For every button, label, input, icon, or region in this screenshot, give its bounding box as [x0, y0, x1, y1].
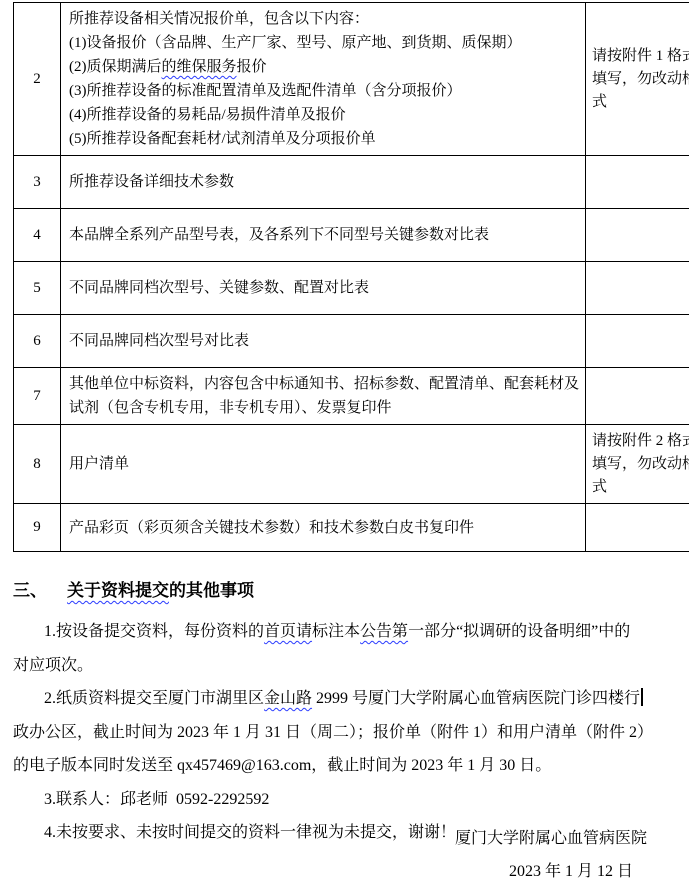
signature-block: 厦门大学附属心血管病医院 2023 年 1 月 12 日	[455, 822, 675, 888]
misspelled-text: 公告第	[360, 623, 408, 640]
row-content-cell: 所推荐设备详细技术参数	[61, 156, 586, 209]
section-title: 关于资料提交的其他事项	[67, 581, 254, 600]
table-row: 8用户清单请按附件 2 格式填写，勿改动格式	[14, 425, 689, 504]
paragraph-line: 的电子版本同时发送至 qx457469@163.com，截止时间为 2023 年…	[13, 749, 675, 783]
row-note-cell	[586, 368, 689, 425]
text-run: 用户清单	[69, 456, 129, 472]
text-run: 其他单位中标资料，内容包含中标通知书、招标参数、配置清单、配套耗材及试剂（包含专…	[69, 376, 579, 416]
row-note-cell	[586, 262, 689, 315]
paragraph-line: 1.按设备提交资料，每份资料的首页请标注本公告第一部分“拟调研的设备明细”中的	[13, 615, 675, 649]
text-run: (3)所推荐设备的标准配置清单及选配件清单（含分项报价）	[69, 83, 462, 99]
text-run: 3.联系人：邱老师 0592-2292592	[44, 791, 269, 808]
section-number: 三、	[13, 579, 67, 603]
submission-materials-table: 2所推荐设备相关情况报价单，包含以下内容：(1)设备报价（含品牌、生产厂家、型号…	[13, 2, 689, 552]
row-number-cell: 6	[14, 315, 61, 368]
row-content-cell: 不同品牌同档次型号、关键参数、配置对比表	[61, 262, 586, 315]
content-line: (5)所推荐设备配套耗材/试剂清单及分项报价单	[69, 127, 579, 151]
content-line: 所推荐设备详细技术参数	[69, 170, 579, 194]
content-line: 其他单位中标资料，内容包含中标通知书、招标参数、配置清单、配套耗材及试剂（包含专…	[69, 372, 579, 420]
row-content-cell: 用户清单	[61, 425, 586, 504]
table-row: 3所推荐设备详细技术参数	[14, 156, 689, 209]
table-row: 7其他单位中标资料，内容包含中标通知书、招标参数、配置清单、配套耗材及试剂（包含…	[14, 368, 689, 425]
text-run: 1.按设备提交资料，每份资料的	[44, 623, 264, 640]
text-run: 的电子版本同时发送至 qx457469@163.com，截止时间为 2023 年…	[13, 757, 551, 774]
other-notes: 1.按设备提交资料，每份资料的首页请标注本公告第一部分“拟调研的设备明细”中的对…	[13, 615, 675, 850]
text-run: (4)所推荐设备的易耗品/易损件清单及报价	[69, 107, 346, 123]
row-number-cell: 3	[14, 156, 61, 209]
row-note-cell	[586, 504, 689, 552]
content-line: (4)所推荐设备的易耗品/易损件清单及报价	[69, 103, 579, 127]
content-line: (1)设备报价（含品牌、生产厂家、型号、原产地、到货期、质保期）	[69, 31, 579, 55]
table-row: 9产品彩页（彩页须含关键技术参数）和技术参数白皮书复印件	[14, 504, 689, 552]
text-run: 所推荐设备详细技术参数	[69, 174, 234, 190]
text-run: 产品彩页（彩页须含关键技术参数）和技术参数白皮书复印件	[69, 520, 474, 536]
text-run: 所推荐设备相关情况报价单，包含以下内容：	[69, 11, 369, 27]
content-line: 用户清单	[69, 452, 579, 476]
row-number-cell: 7	[14, 368, 61, 425]
paragraph-line: 对应项次。	[13, 649, 675, 683]
row-note-cell	[586, 156, 689, 209]
text-run: 一部分“拟调研的设备明细”中的	[408, 623, 630, 640]
text-run: 2.纸质资料提交至厦门市湖里区	[44, 690, 264, 707]
paragraph-line: 3.联系人：邱老师 0592-2292592	[13, 783, 675, 817]
row-content-cell: 本品牌全系列产品型号表，及各系列下不同型号关键参数对比表	[61, 209, 586, 262]
misspelled-text: 的维保服务	[162, 59, 237, 75]
text-run: 本品牌全系列产品型号表，及各系列下不同型号关键参数对比表	[69, 227, 489, 243]
submission-table-body: 2所推荐设备相关情况报价单，包含以下内容：(1)设备报价（含品牌、生产厂家、型号…	[14, 3, 689, 552]
paragraph-line: 2.纸质资料提交至厦门市湖里区金山路 2999 号厦门大学附属心血管病医院门诊四…	[13, 682, 675, 716]
table-row: 6不同品牌同档次型号对比表	[14, 315, 689, 368]
row-number-cell: 5	[14, 262, 61, 315]
table-row: 5不同品牌同档次型号、关键参数、配置对比表	[14, 262, 689, 315]
text-run: 不同品牌同档次型号、关键参数、配置对比表	[69, 280, 369, 296]
row-note-cell	[586, 209, 689, 262]
text-run: 2999 号厦门大学附属心血管病医院门诊四楼行	[312, 690, 640, 707]
content-line: 产品彩页（彩页须含关键技术参数）和技术参数白皮书复印件	[69, 516, 579, 540]
text-run: (5)所推荐设备配套耗材/试剂清单及分项报价单	[69, 131, 376, 147]
row-content-cell: 其他单位中标资料，内容包含中标通知书、招标参数、配置清单、配套耗材及试剂（包含专…	[61, 368, 586, 425]
content-line: 本品牌全系列产品型号表，及各系列下不同型号关键参数对比表	[69, 223, 579, 247]
row-number-cell: 4	[14, 209, 61, 262]
text-run: 不同品牌同档次型号对比表	[69, 333, 249, 349]
row-number-cell: 2	[14, 3, 61, 156]
row-content-cell: 产品彩页（彩页须含关键技术参数）和技术参数白皮书复印件	[61, 504, 586, 552]
text-run: 标注本	[312, 623, 360, 640]
text-run: 对应项次。	[13, 657, 93, 674]
misspelled-text: 金山路	[264, 690, 312, 707]
section-heading: 三、关于资料提交的其他事项	[13, 579, 675, 603]
signature-org: 厦门大学附属心血管病医院	[455, 822, 675, 855]
table-row: 4本品牌全系列产品型号表，及各系列下不同型号关键参数对比表	[14, 209, 689, 262]
content-line: (3)所推荐设备的标准配置清单及选配件清单（含分项报价）	[69, 79, 579, 103]
row-note-cell: 请按附件 1 格式填写，勿改动格式	[586, 3, 689, 156]
signature-date: 2023 年 1 月 12 日	[455, 855, 675, 888]
document-page: 2所推荐设备相关情况报价单，包含以下内容：(1)设备报价（含品牌、生产厂家、型号…	[0, 0, 689, 896]
misspelled-text: 关于资料提交	[67, 581, 169, 600]
text-run: 的其他事项	[169, 581, 254, 600]
text-run: (2)质保期满后	[69, 59, 162, 75]
text-cursor	[641, 688, 643, 706]
row-note-cell: 请按附件 2 格式填写，勿改动格式	[586, 425, 689, 504]
content-line: 所推荐设备相关情况报价单，包含以下内容：	[69, 7, 579, 31]
text-run: 4.未按要求、未按时间提交的资料一律视为未提交，谢谢！	[44, 824, 456, 841]
text-run: 报价	[237, 59, 267, 75]
row-content-cell: 所推荐设备相关情况报价单，包含以下内容：(1)设备报价（含品牌、生产厂家、型号、…	[61, 3, 586, 156]
row-number-cell: 9	[14, 504, 61, 552]
misspelled-text: 首页请	[264, 623, 312, 640]
row-note-cell	[586, 315, 689, 368]
content-line: 不同品牌同档次型号、关键参数、配置对比表	[69, 276, 579, 300]
row-number-cell: 8	[14, 425, 61, 504]
text-run: 政办公区，截止时间为 2023 年 1 月 31 日（周二）；报价单（附件 1）…	[13, 724, 653, 741]
content-line: (2)质保期满后的维保服务报价	[69, 55, 579, 79]
paragraph-line: 政办公区，截止时间为 2023 年 1 月 31 日（周二）；报价单（附件 1）…	[13, 716, 675, 750]
content-line: 不同品牌同档次型号对比表	[69, 329, 579, 353]
table-row: 2所推荐设备相关情况报价单，包含以下内容：(1)设备报价（含品牌、生产厂家、型号…	[14, 3, 689, 156]
text-run: (1)设备报价（含品牌、生产厂家、型号、原产地、到货期、质保期）	[69, 35, 522, 51]
row-content-cell: 不同品牌同档次型号对比表	[61, 315, 586, 368]
